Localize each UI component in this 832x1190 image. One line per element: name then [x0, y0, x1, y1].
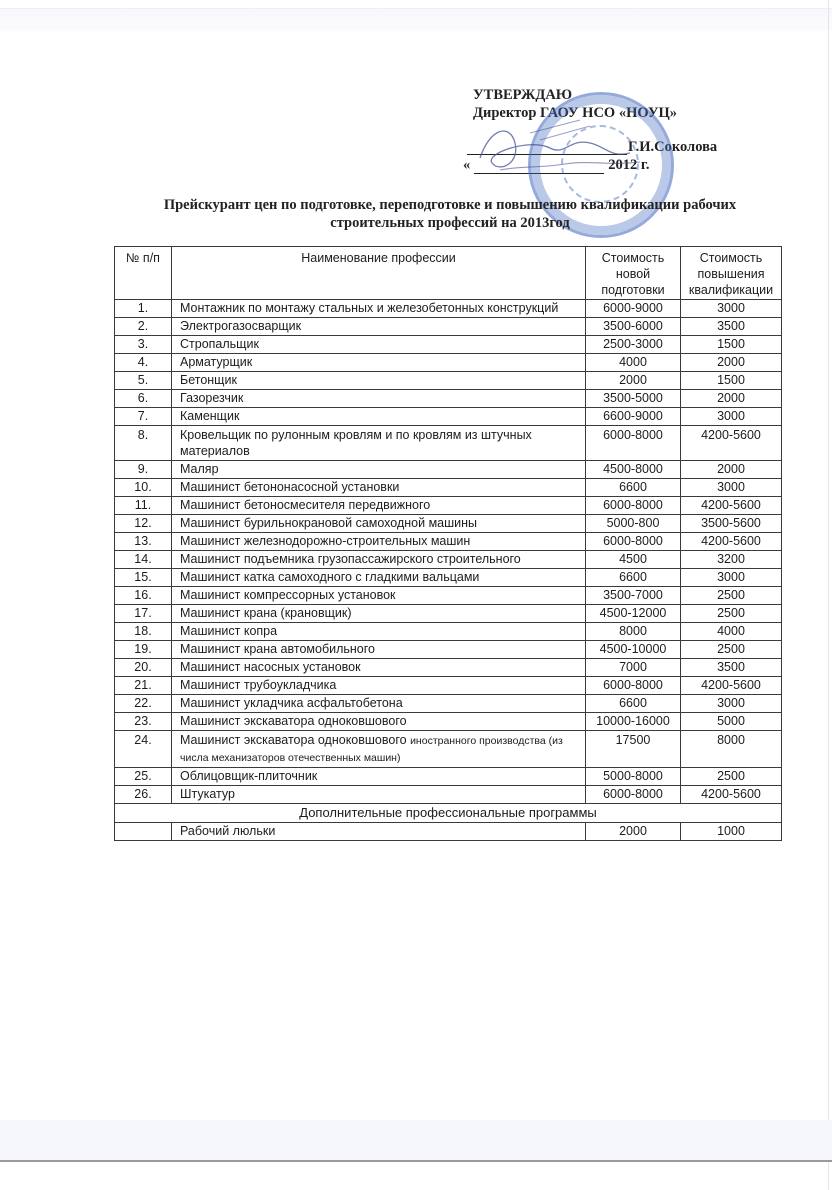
table-row: 24.Машинист экскаватора одноковшового ин… — [115, 731, 782, 768]
profession-name: Машинист экскаватора одноковшового — [180, 714, 407, 728]
row-number — [115, 823, 172, 841]
title-line-1: Прейскурант цен по подготовке, переподго… — [110, 196, 790, 214]
table-row: 4.Арматурщик40002000 — [115, 354, 782, 372]
row-number: 23. — [115, 713, 172, 731]
profession-name: Машинист крана (крановщик) — [180, 606, 351, 620]
row-price-upgrade: 4200-5600 — [681, 786, 782, 804]
row-price-upgrade: 3000 — [681, 695, 782, 713]
header-price-up-l2: повышения — [685, 266, 777, 282]
section-row: Дополнительные профессиональные программ… — [115, 804, 782, 823]
row-price-new: 6000-8000 — [586, 786, 681, 804]
title-line-2: строительных профессий на 2013год — [110, 214, 790, 232]
row-price-upgrade: 4200-5600 — [681, 426, 782, 461]
header-price-new-l3: подготовки — [590, 282, 676, 298]
table-row: 23.Машинист экскаватора одноковшового100… — [115, 713, 782, 731]
table-header-row: № п/п Наименование профессии Стоимость н… — [115, 247, 782, 300]
row-profession: Кровельщик по рулонным кровлям и по кров… — [172, 426, 586, 461]
row-profession: Маляр — [172, 461, 586, 479]
row-number: 17. — [115, 605, 172, 623]
row-number: 25. — [115, 768, 172, 786]
row-number: 1. — [115, 300, 172, 318]
profession-name: Маляр — [180, 462, 219, 476]
header-price-new-l2: новой — [590, 266, 676, 282]
row-number: 24. — [115, 731, 172, 768]
profession-name: Машинист крана автомобильного — [180, 642, 375, 656]
row-number: 2. — [115, 318, 172, 336]
table-row: 5.Бетонщик20001500 — [115, 372, 782, 390]
price-list-table: № п/п Наименование профессии Стоимость н… — [114, 246, 782, 841]
row-price-new: 8000 — [586, 623, 681, 641]
profession-name: Машинист компрессорных установок — [180, 588, 396, 602]
profession-name: Машинист насосных установок — [180, 660, 361, 674]
row-profession: Машинист насосных установок — [172, 659, 586, 677]
table-row: 15.Машинист катка самоходного с гладкими… — [115, 569, 782, 587]
header-price-up-l1: Стоимость — [685, 250, 777, 266]
row-number: 10. — [115, 479, 172, 497]
table-row: 22.Машинист укладчика асфальтобетона6600… — [115, 695, 782, 713]
header-profession: Наименование профессии — [172, 247, 586, 300]
row-price-upgrade: 8000 — [681, 731, 782, 768]
row-price-new: 3500-5000 — [586, 390, 681, 408]
row-profession: Машинист экскаватора одноковшового иност… — [172, 731, 586, 768]
approval-heading: УТВЕРЖДАЮ — [473, 86, 677, 104]
row-number: 18. — [115, 623, 172, 641]
row-profession: Монтажник по монтажу стальных и железобе… — [172, 300, 586, 318]
profession-name: Машинист трубоукладчика — [180, 678, 336, 692]
row-profession: Машинист копра — [172, 623, 586, 641]
header-price-upgrade: Стоимость повышения квалификации — [681, 247, 782, 300]
row-price-upgrade: 2000 — [681, 461, 782, 479]
row-price-upgrade: 3000 — [681, 569, 782, 587]
row-price-new: 6600 — [586, 695, 681, 713]
row-number: 7. — [115, 408, 172, 426]
date-blank-line — [474, 159, 604, 174]
table-row: 6.Газорезчик3500-50002000 — [115, 390, 782, 408]
row-profession: Машинист компрессорных установок — [172, 587, 586, 605]
approval-position: Директор ГАОУ НСО «НОУЦ» — [473, 104, 677, 122]
row-price-new: 6600 — [586, 569, 681, 587]
signatory-name: Г.И.Соколова — [628, 138, 717, 156]
table-row: 7.Каменщик6600-90003000 — [115, 408, 782, 426]
row-number: 8. — [115, 426, 172, 461]
row-profession: Облицовщик-плиточник — [172, 768, 586, 786]
table-row: 2.Электрогазосварщик3500-60003500 — [115, 318, 782, 336]
approval-block: УТВЕРЖДАЮ Директор ГАОУ НСО «НОУЦ» Г.И.С… — [473, 86, 677, 122]
table-row: 10.Машинист бетононасосной установки6600… — [115, 479, 782, 497]
row-price-new: 4500 — [586, 551, 681, 569]
row-price-upgrade: 3500-5600 — [681, 515, 782, 533]
table-row: 17.Машинист крана (крановщик)4500-120002… — [115, 605, 782, 623]
row-price-upgrade: 3500 — [681, 659, 782, 677]
row-price-upgrade: 5000 — [681, 713, 782, 731]
row-number: 3. — [115, 336, 172, 354]
header-num: № п/п — [115, 247, 172, 300]
header-price-new-l1: Стоимость — [590, 250, 676, 266]
row-profession: Рабочий люльки — [172, 823, 586, 841]
table-row: 19.Машинист крана автомобильного4500-100… — [115, 641, 782, 659]
row-price-new: 6000-9000 — [586, 300, 681, 318]
profession-name: Каменщик — [180, 409, 239, 423]
row-price-new: 6600 — [586, 479, 681, 497]
profession-name: Машинист экскаватора одноковшового — [180, 733, 407, 747]
row-price-new: 4000 — [586, 354, 681, 372]
row-profession: Машинист крана автомобильного — [172, 641, 586, 659]
profession-name: Газорезчик — [180, 391, 243, 405]
row-profession: Машинист железнодорожно-строительных маш… — [172, 533, 586, 551]
profession-name: Электрогазосварщик — [180, 319, 301, 333]
section-title: Дополнительные профессиональные программ… — [115, 804, 782, 823]
table-row: 25.Облицовщик-плиточник5000-80002500 — [115, 768, 782, 786]
row-price-upgrade: 2000 — [681, 354, 782, 372]
table-row: Рабочий люльки20001000 — [115, 823, 782, 841]
row-profession: Машинист подъемника грузопассажирского с… — [172, 551, 586, 569]
row-profession: Стропальщик — [172, 336, 586, 354]
row-price-new: 2000 — [586, 823, 681, 841]
row-number: 15. — [115, 569, 172, 587]
row-profession: Штукатур — [172, 786, 586, 804]
row-price-new: 4500-10000 — [586, 641, 681, 659]
profession-name: Облицовщик-плиточник — [180, 769, 317, 783]
profession-name: Монтажник по монтажу стальных и железобе… — [180, 301, 558, 315]
row-price-new: 6600-9000 — [586, 408, 681, 426]
profession-name: Стропальщик — [180, 337, 259, 351]
row-price-upgrade: 1000 — [681, 823, 782, 841]
profession-name: Бетонщик — [180, 373, 237, 387]
profession-name: Машинист бетононасосной установки — [180, 480, 399, 494]
row-price-upgrade: 4200-5600 — [681, 533, 782, 551]
row-price-upgrade: 1500 — [681, 372, 782, 390]
profession-name: Арматурщик — [180, 355, 252, 369]
row-price-new: 3500-6000 — [586, 318, 681, 336]
table-row: 14.Машинист подъемника грузопассажирског… — [115, 551, 782, 569]
profession-name: Машинист укладчика асфальтобетона — [180, 696, 403, 710]
scan-edge-right — [828, 0, 829, 1190]
table-row: 26.Штукатур6000-80004200-5600 — [115, 786, 782, 804]
row-price-upgrade: 4200-5600 — [681, 677, 782, 695]
row-number: 20. — [115, 659, 172, 677]
table-row: 3.Стропальщик2500-30001500 — [115, 336, 782, 354]
row-price-new: 4500-12000 — [586, 605, 681, 623]
approval-date: «2012 г. — [463, 156, 649, 174]
row-profession: Электрогазосварщик — [172, 318, 586, 336]
row-price-upgrade: 2500 — [681, 768, 782, 786]
row-price-upgrade: 4000 — [681, 623, 782, 641]
profession-name: Машинист железнодорожно-строительных маш… — [180, 534, 470, 548]
row-profession: Машинист бурильнокрановой самоходной маш… — [172, 515, 586, 533]
row-price-upgrade: 2500 — [681, 587, 782, 605]
row-price-new: 2000 — [586, 372, 681, 390]
row-price-upgrade: 2500 — [681, 605, 782, 623]
row-profession: Машинист крана (крановщик) — [172, 605, 586, 623]
row-number: 11. — [115, 497, 172, 515]
row-price-new: 6000-8000 — [586, 426, 681, 461]
row-number: 13. — [115, 533, 172, 551]
row-price-upgrade: 2500 — [681, 641, 782, 659]
scan-edge-bottom — [0, 1120, 832, 1162]
header-price-new: Стоимость новой подготовки — [586, 247, 681, 300]
row-profession: Газорезчик — [172, 390, 586, 408]
profession-name: Машинист подъемника грузопассажирского с… — [180, 552, 521, 566]
document-title: Прейскурант цен по подготовке, переподго… — [110, 196, 790, 232]
table-row: 18.Машинист копра80004000 — [115, 623, 782, 641]
row-price-upgrade: 3000 — [681, 408, 782, 426]
row-number: 6. — [115, 390, 172, 408]
table-row: 11.Машинист бетоносмесителя передвижного… — [115, 497, 782, 515]
row-profession: Машинист катка самоходного с гладкими ва… — [172, 569, 586, 587]
row-price-new: 2500-3000 — [586, 336, 681, 354]
table-row: 21.Машинист трубоукладчика6000-80004200-… — [115, 677, 782, 695]
row-price-new: 7000 — [586, 659, 681, 677]
row-profession: Арматурщик — [172, 354, 586, 372]
row-price-new: 5000-8000 — [586, 768, 681, 786]
table-row: 16.Машинист компрессорных установок3500-… — [115, 587, 782, 605]
row-number: 22. — [115, 695, 172, 713]
table-row: 12.Машинист бурильнокрановой самоходной … — [115, 515, 782, 533]
row-number: 16. — [115, 587, 172, 605]
row-price-new: 3500-7000 — [586, 587, 681, 605]
row-number: 9. — [115, 461, 172, 479]
row-price-upgrade: 4200-5600 — [681, 497, 782, 515]
row-price-upgrade: 3500 — [681, 318, 782, 336]
profession-name: Штукатур — [180, 787, 235, 801]
date-quote: « — [463, 157, 470, 173]
row-price-new: 10000-16000 — [586, 713, 681, 731]
profession-name: Машинист бурильнокрановой самоходной маш… — [180, 516, 477, 530]
row-price-new: 5000-800 — [586, 515, 681, 533]
header-price-up-l3: квалификации — [685, 282, 777, 298]
row-price-new: 4500-8000 — [586, 461, 681, 479]
row-price-upgrade: 1500 — [681, 336, 782, 354]
row-number: 4. — [115, 354, 172, 372]
row-number: 5. — [115, 372, 172, 390]
row-profession: Машинист бетононасосной установки — [172, 479, 586, 497]
row-profession: Машинист экскаватора одноковшового — [172, 713, 586, 731]
row-price-upgrade: 3000 — [681, 300, 782, 318]
row-number: 21. — [115, 677, 172, 695]
profession-name: Машинист катка самоходного с гладкими ва… — [180, 570, 479, 584]
row-number: 26. — [115, 786, 172, 804]
row-price-new: 17500 — [586, 731, 681, 768]
row-profession: Машинист бетоносмесителя передвижного — [172, 497, 586, 515]
row-price-upgrade: 2000 — [681, 390, 782, 408]
row-price-new: 6000-8000 — [586, 533, 681, 551]
row-price-upgrade: 3200 — [681, 551, 782, 569]
row-number: 12. — [115, 515, 172, 533]
row-number: 19. — [115, 641, 172, 659]
row-price-upgrade: 3000 — [681, 479, 782, 497]
table-row: 8.Кровельщик по рулонным кровлям и по кр… — [115, 426, 782, 461]
table-row: 9.Маляр4500-80002000 — [115, 461, 782, 479]
profession-name: Кровельщик по рулонным кровлям и по кров… — [180, 428, 532, 458]
row-profession: Машинист укладчика асфальтобетона — [172, 695, 586, 713]
profession-name: Машинист бетоносмесителя передвижного — [180, 498, 430, 512]
row-profession: Машинист трубоукладчика — [172, 677, 586, 695]
row-price-new: 6000-8000 — [586, 497, 681, 515]
row-profession: Бетонщик — [172, 372, 586, 390]
table-row: 1.Монтажник по монтажу стальных и железо… — [115, 300, 782, 318]
table-row: 13.Машинист железнодорожно-строительных … — [115, 533, 782, 551]
row-price-new: 6000-8000 — [586, 677, 681, 695]
row-profession: Каменщик — [172, 408, 586, 426]
approval-year: 2012 г. — [608, 157, 649, 173]
table-row: 20.Машинист насосных установок70003500 — [115, 659, 782, 677]
row-number: 14. — [115, 551, 172, 569]
table-body: 1.Монтажник по монтажу стальных и железо… — [115, 300, 782, 841]
profession-name: Машинист копра — [180, 624, 277, 638]
signature-line — [467, 154, 627, 155]
scan-edge-top — [0, 8, 832, 31]
